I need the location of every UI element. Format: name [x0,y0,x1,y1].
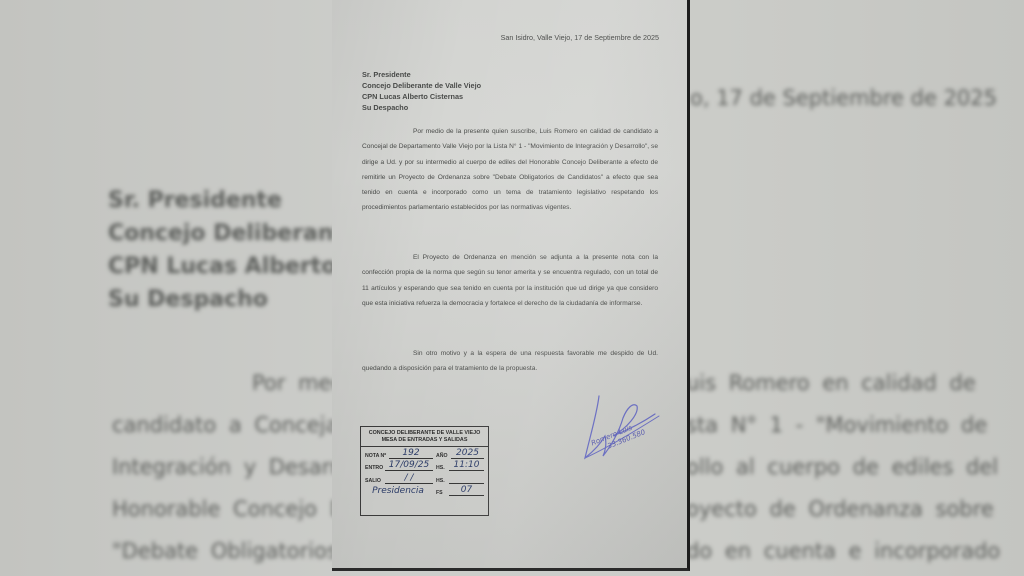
bg-line: Honorable Concejo De [112,488,359,531]
paragraph-text: Sin otro motivo y a la espera de una res… [362,350,658,372]
bg-line: "Debate Obligatorios d [112,530,364,573]
destino-value: Presidencia [365,487,431,496]
letter-page: San Isidro, Valle Viejo, 17 de Septiembr… [332,0,690,571]
bg-line: oyecto de Ordenanza sobre [686,488,994,531]
anio-label: AÑO [436,453,448,459]
entro-date-value: 17/09/25 [385,461,433,471]
stamp-subtitle: MESA DE ENTRADAS Y SALIDAS [361,437,488,444]
salio-label: SALIO [365,478,381,484]
stamp-row-entro: ENTRO 17/09/25 HS. 11:10 [365,460,488,473]
entro-hs-value: 11:10 [449,461,484,471]
paragraph-project: El Proyecto de Ordenanza en mención se a… [362,250,658,311]
addressee-line: Concejo Deliberante de Valle Viejo [362,80,481,91]
bg-line: do en cuenta e incorporado [686,530,1000,573]
entro-label: ENTRO [365,465,383,471]
date-line: San Isidro, Valle Viejo, 17 de Septiembr… [501,33,659,42]
bg-date-fragment: o, 17 de Septiembre de 2025 [690,86,997,110]
anio-value: 2025 [451,449,484,459]
paragraph-closing: Sin otro motivo y a la espera de una res… [362,346,658,377]
fs-label: FS [436,490,443,496]
addressee-line: Sr. Presidente [362,69,481,80]
addressee-line: CPN Lucas Alberto Cisternas [362,91,481,102]
hs-label: HS. [436,465,445,471]
bg-line: uis Romero en calidad de [686,362,976,405]
stamp-row-salio: SALIO / / HS. [365,472,488,485]
salio-date-value: / / [385,474,433,484]
bg-line: Integración y Desarrol [112,446,357,489]
addressee-line: Su Despacho [362,102,481,113]
salio-hs-value [449,483,484,484]
hs-label: HS. [436,478,445,484]
bg-line: Por med [252,362,345,405]
stamp-header: CONCEJO DELIBERANTE DE VALLE VIEJO MESA … [361,427,488,447]
stamp-title: CONCEJO DELIBERANTE DE VALLE VIEJO [361,430,488,437]
nota-value: 192 [389,449,433,459]
nota-label: NOTA Nº [365,453,386,459]
stamp-row-destino: Presidencia FS 07 [365,485,488,498]
addressee-block: Sr. Presidente Concejo Deliberante de Va… [362,69,481,113]
bg-line: ollo al cuerpo de ediles del [686,446,998,489]
paragraph-intro: Por medio de la presente quien suscribe,… [362,124,658,216]
reception-stamp: CONCEJO DELIBERANTE DE VALLE VIEJO MESA … [360,426,489,516]
fs-value: 07 [449,486,484,496]
paragraph-text: Por medio de la presente quien suscribe,… [362,128,658,211]
stamp-row-nota: NOTA Nº 192 AÑO 2025 [365,447,488,460]
paragraph-text: El Proyecto de Ordenanza en mención se a… [362,254,658,307]
bg-line: sta N° 1 - "Movimiento de [686,404,987,447]
